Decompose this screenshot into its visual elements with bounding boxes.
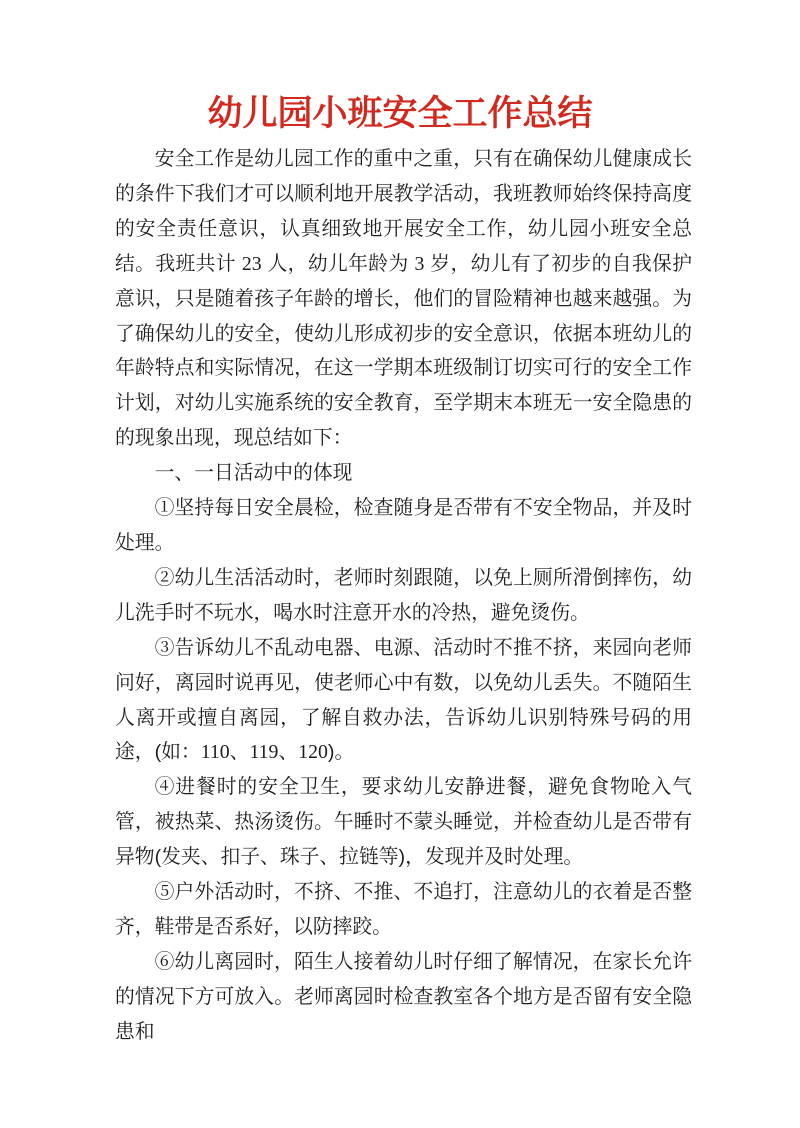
document-page: 幼儿园小班安全工作总结 安全工作是幼儿园工作的重中之重，只有在确保幼儿健康成长的…: [0, 0, 800, 1128]
paragraph-item-4: ④进餐时的安全卫生，要求幼儿安静进餐，避免食物呛入气管，被热菜、热汤烫伤。午睡时…: [115, 770, 692, 875]
section-heading: 一、一日活动中的体现: [115, 456, 692, 491]
paragraph-item-2: ②幼儿生活活动时，老师时刻跟随，以免上厕所滑倒摔伤，幼儿洗手时不玩水，喝水时注意…: [115, 561, 692, 631]
paragraph-intro: 安全工作是幼儿园工作的重中之重，只有在确保幼儿健康成长的条件下我们才可以顺利地开…: [115, 142, 692, 456]
paragraph-item-6: ⑥幼儿离园时，陌生人接着幼儿时仔细了解情况，在家长允许的情况下方可放入。老师离园…: [115, 945, 692, 1050]
document-body: 安全工作是幼儿园工作的重中之重，只有在确保幼儿健康成长的条件下我们才可以顺利地开…: [115, 142, 692, 1050]
document-title: 幼儿园小班安全工作总结: [0, 92, 800, 136]
paragraph-item-3: ③告诉幼儿不乱动电器、电源、活动时不推不挤，来园向老师问好，离园时说再见，使老师…: [115, 631, 692, 771]
paragraph-item-5: ⑤户外活动时，不挤、不推、不追打，注意幼儿的衣着是否整齐，鞋带是否系好，以防摔跤…: [115, 875, 692, 945]
paragraph-item-1: ①坚持每日安全晨检，检查随身是否带有不安全物品，并及时处理。: [115, 491, 692, 561]
